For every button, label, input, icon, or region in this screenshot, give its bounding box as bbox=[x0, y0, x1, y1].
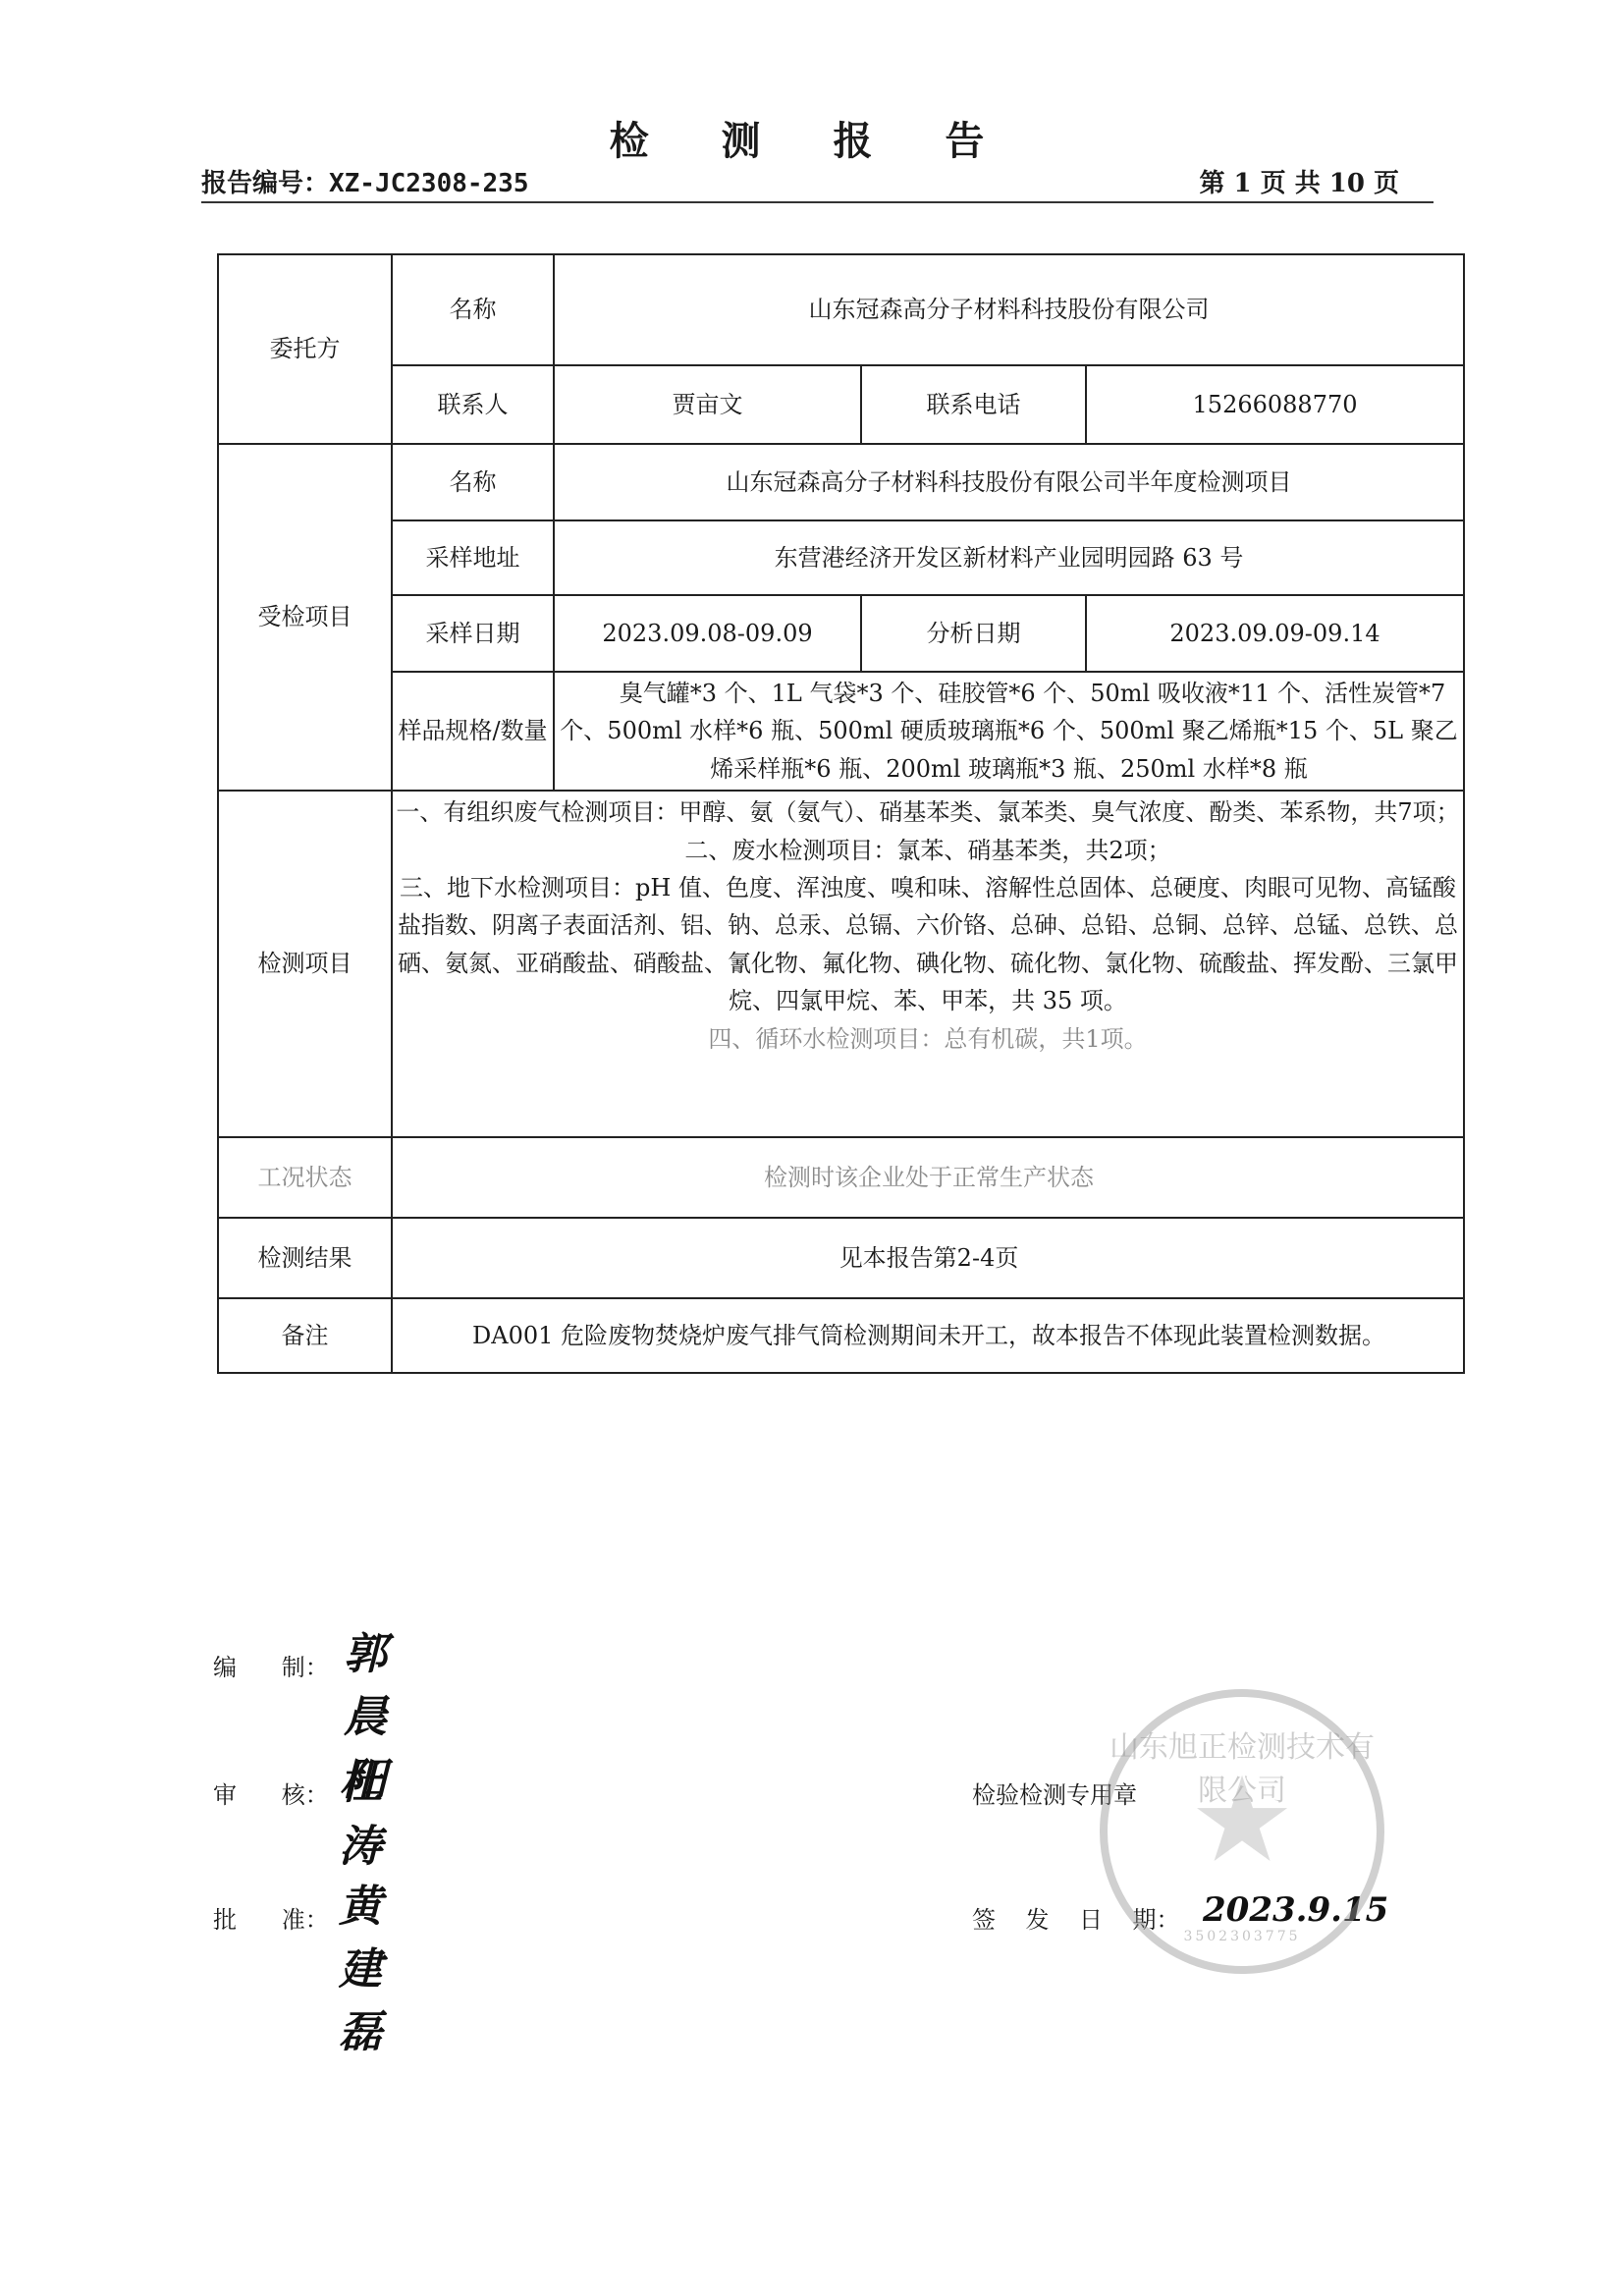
project-section-label: 受检项目 bbox=[218, 444, 392, 791]
condition-value: 检测时该企业处于正常生产状态 bbox=[392, 1137, 1464, 1218]
remark-label: 备注 bbox=[218, 1298, 392, 1373]
header-divider bbox=[201, 201, 1434, 203]
address-label: 采样地址 bbox=[392, 520, 554, 595]
sample-date-label: 采样日期 bbox=[392, 595, 554, 672]
project-name-value: 山东冠森高分子材料科技股份有限公司半年度检测项目 bbox=[554, 444, 1464, 520]
client-name-label: 名称 bbox=[392, 254, 554, 365]
client-section-label: 委托方 bbox=[218, 254, 392, 444]
spec-value: 臭气罐*3 个、1L 气袋*3 个、硅胶管*6 个、50ml 吸收液*11 个、… bbox=[554, 672, 1464, 791]
approve-signature: 黄建磊 bbox=[339, 1871, 382, 2059]
client-name-value: 山东冠森高分子材料科技股份有限公司 bbox=[554, 254, 1464, 365]
official-seal: 山东旭正检测技术有限公司 ★ 3502303775 bbox=[1100, 1689, 1384, 1974]
report-number: 报告编号：XZ-JC2308-235 bbox=[201, 163, 529, 199]
analysis-date-value: 2023.09.09-09.14 bbox=[1086, 595, 1464, 672]
spec-label: 样品规格/数量 bbox=[392, 672, 554, 791]
page-info: 第 1 页 共 10 页 bbox=[1199, 163, 1399, 199]
condition-label: 工况状态 bbox=[218, 1137, 392, 1218]
contact-label: 联系人 bbox=[392, 365, 554, 444]
contact-value: 贾亩文 bbox=[554, 365, 861, 444]
review-label: 审 核： bbox=[213, 1776, 329, 1810]
item-line: 二、废水检测项目：氯苯、硝基苯类，共2项； bbox=[395, 832, 1461, 869]
item-line: 一、有组织废气检测项目：甲醇、氨（氨气）、硝基苯类、氯苯类、臭气浓度、酚类、苯系… bbox=[395, 793, 1461, 831]
report-table: 委托方 名称 山东冠森高分子材料科技股份有限公司 联系人 贾亩文 联系电话 15… bbox=[217, 253, 1465, 1374]
project-name-label: 名称 bbox=[392, 444, 554, 520]
analysis-date-label: 分析日期 bbox=[861, 595, 1086, 672]
phone-value: 15266088770 bbox=[1086, 365, 1464, 444]
star-icon: ★ bbox=[1189, 1753, 1295, 1889]
seal-code: 3502303775 bbox=[1108, 1929, 1377, 1944]
sample-date-value: 2023.09.08-09.09 bbox=[554, 595, 861, 672]
phone-label: 联系电话 bbox=[861, 365, 1086, 444]
result-label: 检测结果 bbox=[218, 1218, 392, 1298]
item-line: 四、循环水检测项目：总有机碳，共1项。 bbox=[395, 1020, 1461, 1058]
review-signature: 杜涛 bbox=[339, 1748, 382, 1874]
items-label: 检测项目 bbox=[218, 791, 392, 1137]
result-value: 见本报告第2-4页 bbox=[392, 1218, 1464, 1298]
item-line: 三、地下水检测项目：pH 值、色度、浑浊度、嗅和味、溶解性总固体、总硬度、肉眼可… bbox=[395, 869, 1461, 1020]
address-value: 东营港经济开发区新材料产业园明园路 63 号 bbox=[554, 520, 1464, 595]
compile-label: 编 制： bbox=[213, 1648, 329, 1682]
approve-label: 批 准： bbox=[213, 1900, 329, 1935]
page-title: 检 测 报 告 bbox=[0, 110, 1623, 166]
remark-value: DA001 危险废物焚烧炉废气排气筒检测期间未开工，故本报告不体现此装置检测数据… bbox=[392, 1298, 1464, 1373]
